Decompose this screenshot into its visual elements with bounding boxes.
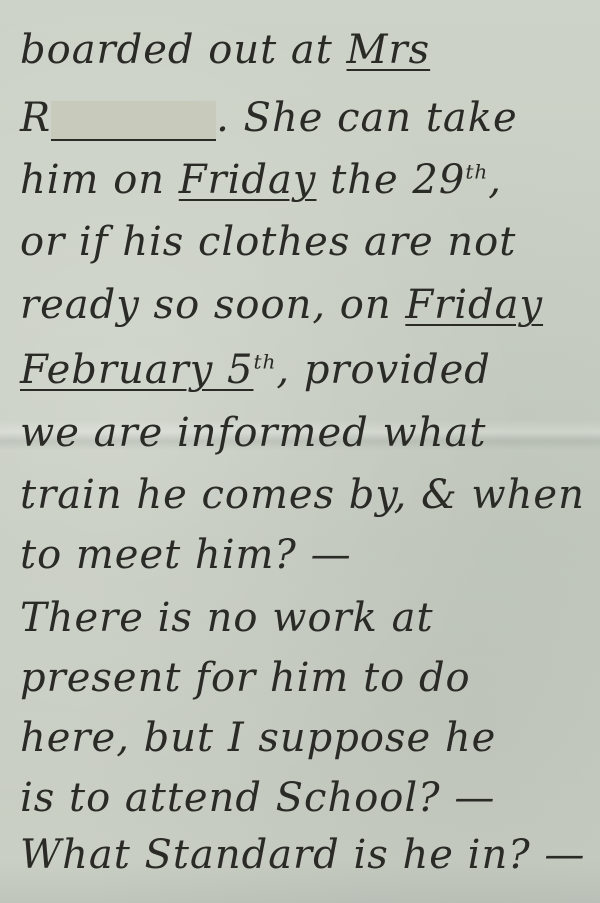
letter-line-9: to meet him? — (20, 535, 352, 575)
letter-page: boarded out at Mrs R. She can take him o… (0, 0, 600, 903)
letter-line-5: ready so soon, on Friday (20, 285, 543, 325)
redacted-name (51, 101, 216, 141)
letter-line-7: we are informed what (20, 413, 486, 453)
letter-line-13: is to attend School? — (20, 778, 495, 818)
letter-line-12: here, but I suppose he (20, 718, 496, 758)
letter-line-2: R. She can take (20, 98, 518, 141)
letter-line-3: him on Friday the 29th, (20, 160, 502, 200)
letter-line-11: present for him to do (20, 658, 471, 698)
letter-line-4: or if his clothes are not (20, 222, 516, 262)
letter-line-6: February 5th, provided (20, 350, 491, 390)
letter-line-10: There is no work at (20, 598, 434, 638)
letter-line-14: What Standard is he in? — (20, 835, 585, 875)
letter-line-8: train he comes by, & when (20, 475, 585, 515)
letter-line-1: boarded out at Mrs (20, 30, 430, 70)
